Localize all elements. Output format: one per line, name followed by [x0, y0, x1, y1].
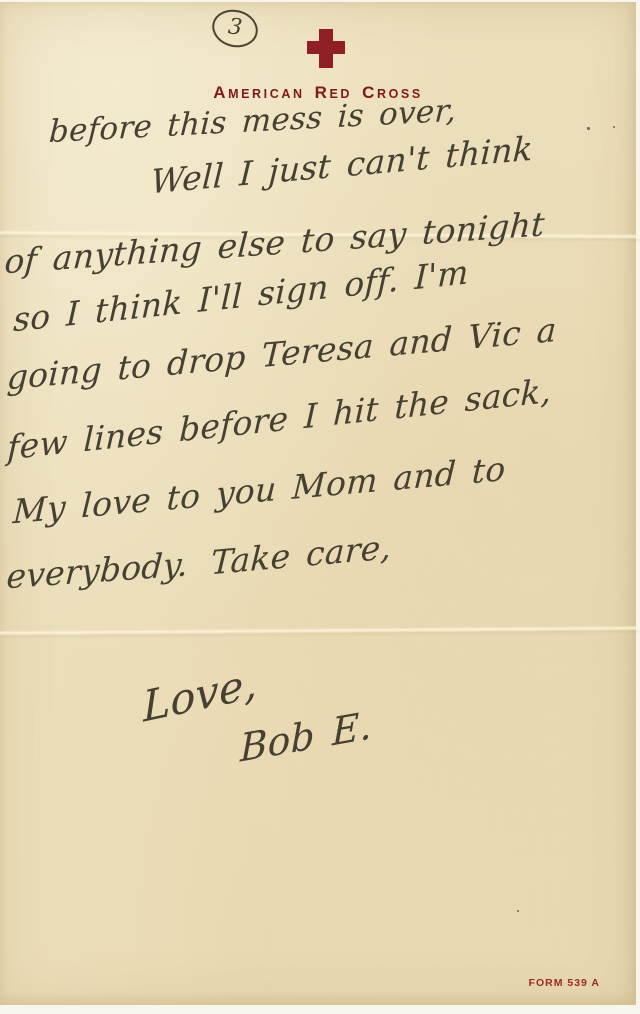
- paper-speck: [613, 126, 615, 128]
- form-code: FORM 539 A: [529, 977, 600, 989]
- letterhead-word: American: [213, 83, 304, 103]
- paper-speck: [587, 127, 590, 130]
- paper-speck: [517, 910, 519, 912]
- page-number: 3: [227, 14, 244, 40]
- red-cross-horizontal-bar: [307, 41, 345, 54]
- red-cross-icon: [307, 29, 345, 68]
